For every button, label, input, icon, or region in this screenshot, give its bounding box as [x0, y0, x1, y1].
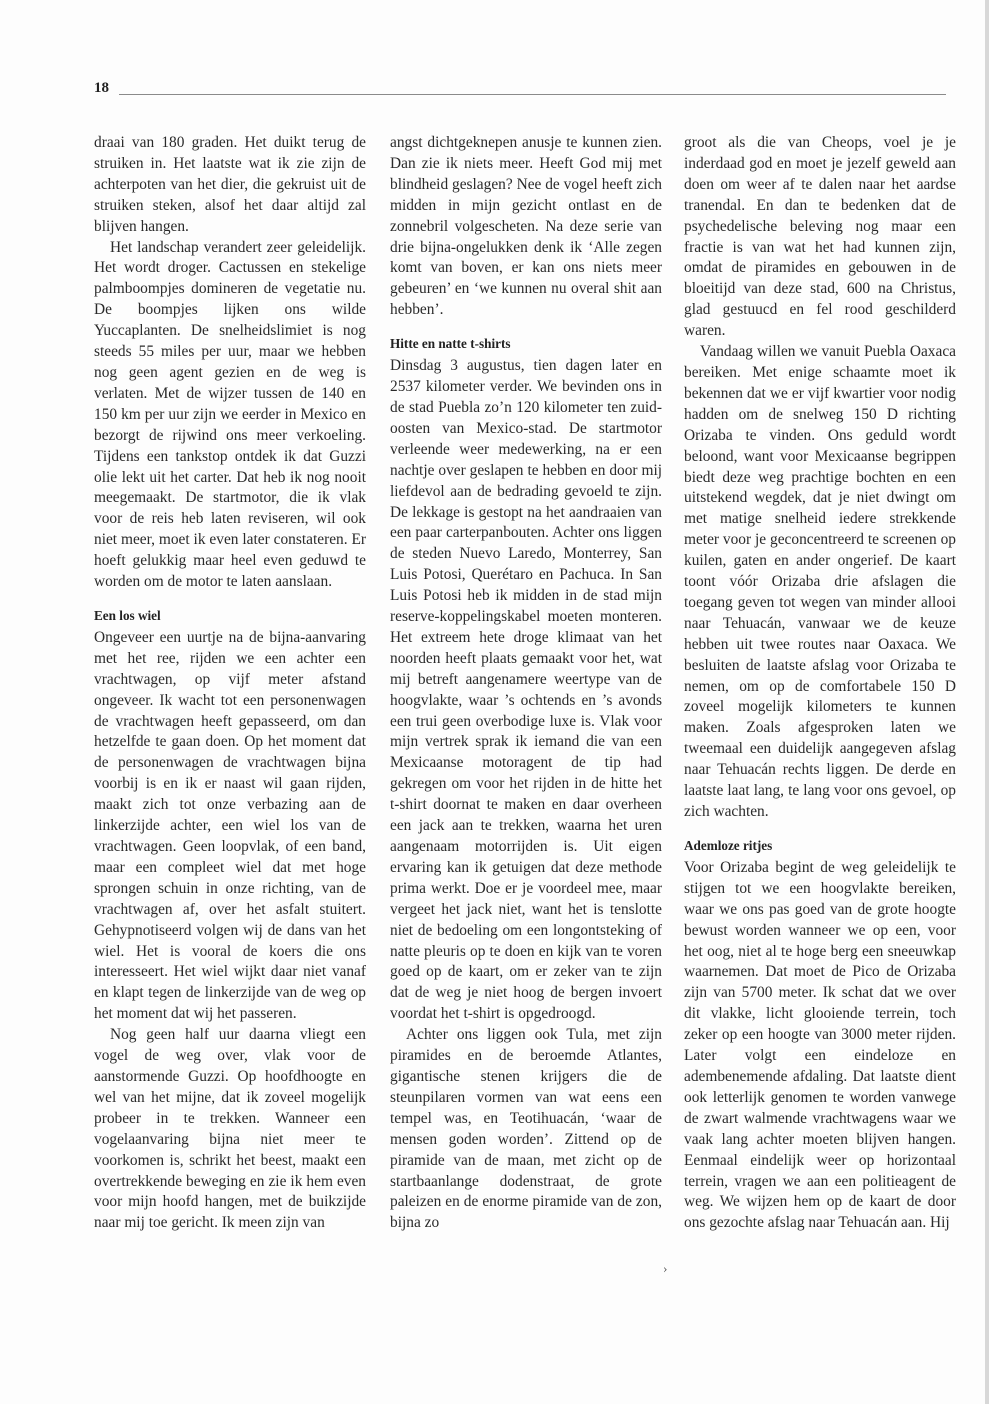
- margin-mark: ›: [663, 1263, 667, 1276]
- column-3: groot als die van Cheops, voel je je ind…: [684, 133, 956, 1234]
- page-header: 18: [94, 80, 946, 100]
- section-heading: Hitte en natte t-shirts: [390, 335, 662, 353]
- paragraph: groot als die van Cheops, voel je je ind…: [684, 133, 956, 342]
- paragraph: angst dichtgeknepen anusje te kunnen zie…: [390, 133, 662, 321]
- column-1: draai van 180 graden. Het duikt terug de…: [94, 133, 366, 1234]
- paragraph: Voor Orizaba begint de weg geleidelijk t…: [684, 858, 956, 1234]
- paragraph: Nog geen half uur daarna vliegt een voge…: [94, 1025, 366, 1234]
- page-number: 18: [94, 80, 109, 97]
- header-rule: [119, 94, 946, 95]
- paragraph: Ongeveer een uurtje na de bijna-aanvarin…: [94, 628, 366, 1025]
- section-heading: Ademloze ritjes: [684, 837, 956, 855]
- paragraph: Vandaag willen we vanuit Puebla Oaxaca b…: [684, 342, 956, 823]
- column-2: angst dichtgeknepen anusje te kunnen zie…: [390, 133, 662, 1234]
- paragraph: draai van 180 graden. Het duikt terug de…: [94, 133, 366, 238]
- paragraph: Achter ons liggen ook Tula, met zijn pir…: [390, 1025, 662, 1234]
- page-edge-shadow: [985, 0, 989, 1404]
- section-heading: Een los wiel: [94, 607, 366, 625]
- paragraph: Dinsdag 3 augustus, tien dagen later en …: [390, 356, 662, 1025]
- paragraph: Het landschap verandert zeer geleidelijk…: [94, 238, 366, 593]
